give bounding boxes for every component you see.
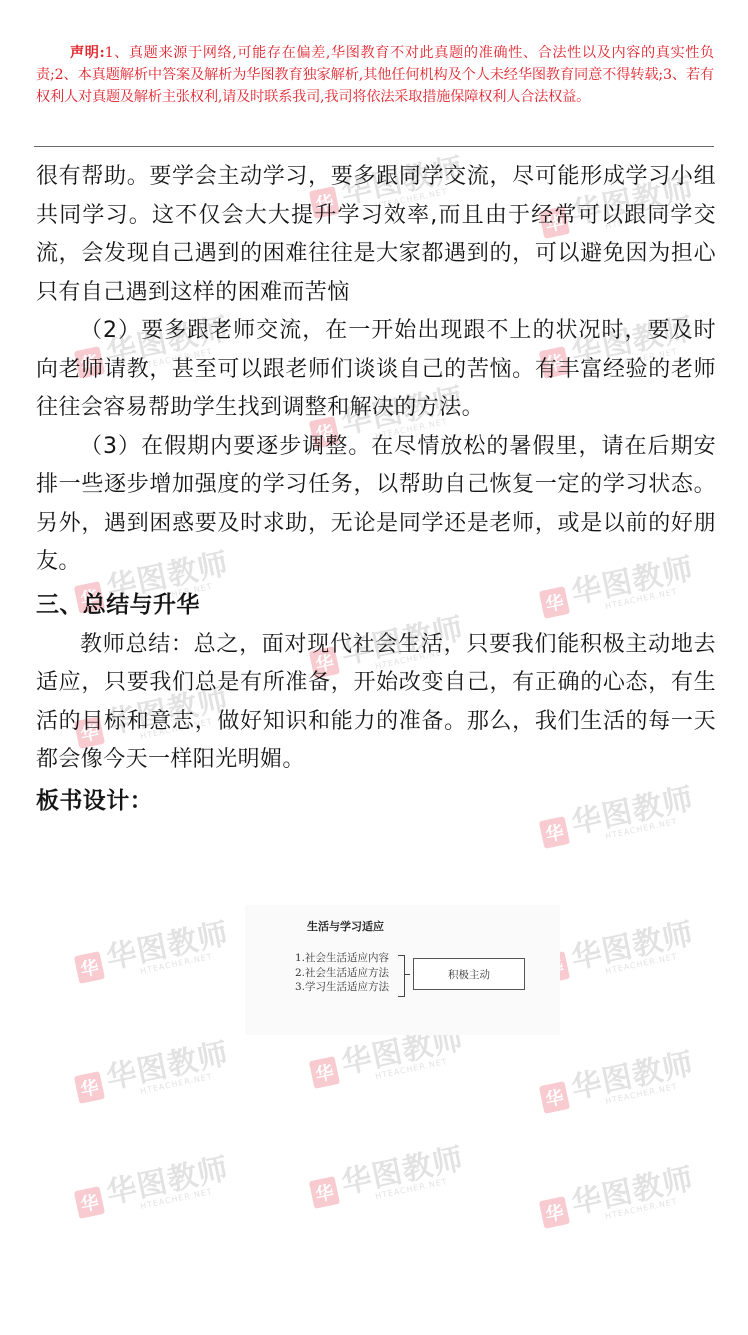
watermark: 华华图教师HTEACHER.NET bbox=[538, 1164, 698, 1234]
paragraph-teacher-communication: （2）要多跟老师交流，在一开始出现跟不上的状况时，要及时向老师请教，甚至可以跟老… bbox=[36, 312, 716, 428]
bracket-tick bbox=[405, 974, 410, 975]
watermark-logo-icon: 华 bbox=[539, 1081, 570, 1114]
watermark: 华华图教师HTEACHER.NET bbox=[73, 1039, 233, 1109]
header-divider bbox=[34, 146, 714, 147]
main-content: 很有帮助。要学会主动学习，要多跟同学交流，尽可能形成学习小组共同学习。这不仅会大… bbox=[36, 158, 716, 820]
board-key-box: 积极主动 bbox=[413, 958, 525, 990]
bracket-connector bbox=[398, 955, 405, 997]
watermark-sub: HTEACHER.NET bbox=[605, 1194, 699, 1221]
watermark: 华华图教师HTEACHER.NET bbox=[538, 919, 698, 989]
watermark-text: 华图教师 bbox=[104, 1154, 232, 1209]
watermark: 华华图教师HTEACHER.NET bbox=[538, 1049, 698, 1119]
section-heading-summary: 三、总结与升华 bbox=[36, 586, 716, 624]
watermark-text: 华图教师 bbox=[569, 919, 697, 974]
watermark-logo-icon: 华 bbox=[309, 1056, 340, 1089]
watermark-logo-icon: 华 bbox=[309, 1176, 340, 1209]
watermark-sub: HTEACHER.NET bbox=[605, 949, 699, 976]
watermark-sub: HTEACHER.NET bbox=[140, 1184, 234, 1211]
board-design-diagram: 生活与学习适应 1.社会生活适应内容 2.社会生活适应方法 3.学习生活适应方法… bbox=[245, 905, 560, 1035]
watermark-logo-icon: 华 bbox=[539, 1196, 570, 1229]
watermark-text: 华图教师 bbox=[104, 1039, 232, 1094]
watermark-text: 华图教师 bbox=[339, 1144, 467, 1199]
disclaimer-lead: 声明: bbox=[36, 45, 105, 61]
watermark-text: 华图教师 bbox=[569, 1049, 697, 1104]
board-item: 1.社会生活适应内容 bbox=[295, 951, 389, 966]
paragraph-study-tips: 很有帮助。要学会主动学习，要多跟同学交流，尽可能形成学习小组共同学习。这不仅会大… bbox=[36, 158, 716, 312]
watermark-sub: HTEACHER.NET bbox=[375, 1054, 469, 1081]
watermark: 华华图教师HTEACHER.NET bbox=[73, 1154, 233, 1224]
section-heading-board-design: 板书设计： bbox=[36, 782, 716, 820]
watermark-text: 华图教师 bbox=[569, 1164, 697, 1219]
board-title: 生活与学习适应 bbox=[307, 918, 384, 934]
disclaimer-text: 1、真题来源于网络,可能存在偏差,华图教育不对此真题的准确性、合法性以及内容的真… bbox=[36, 45, 714, 105]
board-item-list: 1.社会生活适应内容 2.社会生活适应方法 3.学习生活适应方法 bbox=[295, 951, 389, 995]
watermark: 华华图教师HTEACHER.NET bbox=[308, 1144, 468, 1214]
watermark-logo-icon: 华 bbox=[74, 1071, 105, 1104]
watermark-sub: HTEACHER.NET bbox=[140, 949, 234, 976]
board-item: 2.社会生活适应方法 bbox=[295, 966, 389, 981]
watermark-logo-icon: 华 bbox=[539, 816, 570, 849]
disclaimer: 声明:1、真题来源于网络,可能存在偏差,华图教育不对此真题的准确性、合法性以及内… bbox=[36, 42, 714, 108]
watermark-sub: HTEACHER.NET bbox=[605, 1079, 699, 1106]
watermark: 华华图教师HTEACHER.NET bbox=[73, 919, 233, 989]
paragraph-teacher-summary: 教师总结：总之，面对现代社会生活，只要我们能积极主动地去适应，只要我们总是有所准… bbox=[36, 626, 716, 780]
watermark-sub: HTEACHER.NET bbox=[375, 1174, 469, 1201]
watermark-logo-icon: 华 bbox=[74, 951, 105, 984]
paragraph-holiday-adjustment: （3）在假期内要逐步调整。在尽情放松的暑假里，请在后期安排一些逐步增加强度的学习… bbox=[36, 428, 716, 582]
board-item: 3.学习生活适应方法 bbox=[295, 980, 389, 995]
watermark-text: 华图教师 bbox=[104, 919, 232, 974]
watermark-sub: HTEACHER.NET bbox=[140, 1069, 234, 1096]
watermark-logo-icon: 华 bbox=[74, 1186, 105, 1219]
